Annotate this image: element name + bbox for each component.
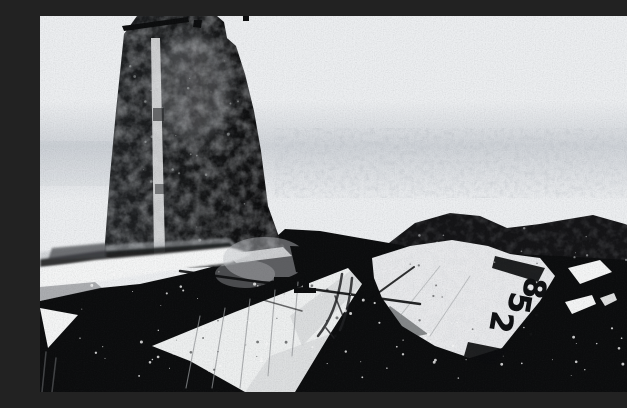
photo-svg: 2 5 8 <box>40 16 627 392</box>
film-grain <box>40 16 627 392</box>
photograph: 2 5 8 <box>40 16 627 392</box>
